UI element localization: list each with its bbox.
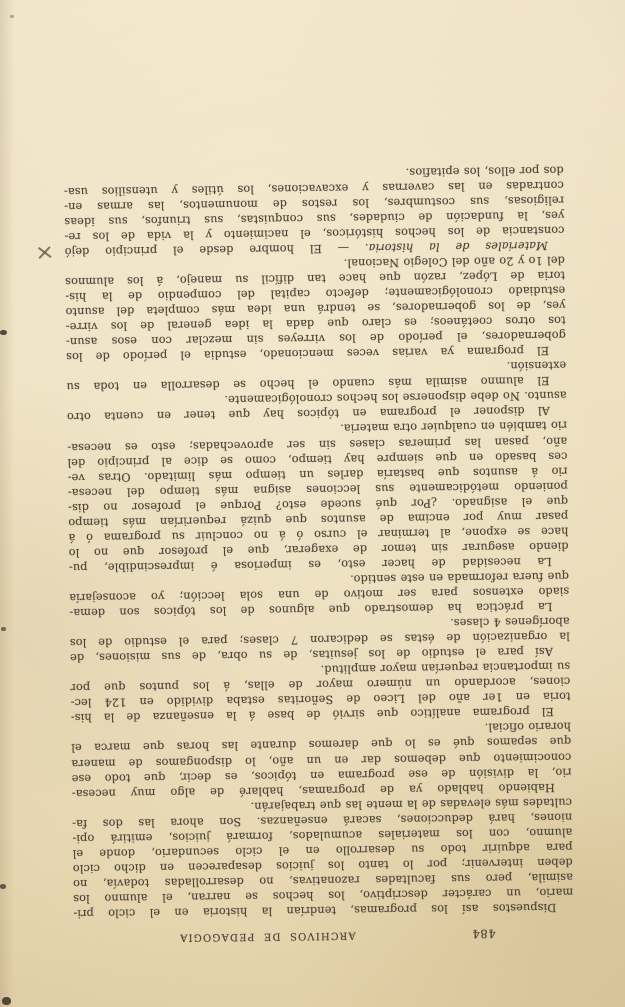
page-body: Dispuestos así los programas, tendrían l… <box>64 162 574 921</box>
journal-title: ARCHIVOS DE PEDAGOGIA <box>179 930 356 943</box>
paper-speck <box>0 884 6 889</box>
scan-edge-shading <box>0 0 14 1007</box>
paper-speck <box>10 15 14 18</box>
scanned-book-page: { "page": { "number": "484", "journal_ti… <box>0 0 625 1007</box>
text-column: 484 ARCHIVOS DE PEDAGOGIA Dispuestos así… <box>64 162 574 946</box>
paper-speck <box>1 627 6 631</box>
paper-speck <box>0 330 7 335</box>
margin-x-mark <box>38 246 52 258</box>
page-number: 484 <box>472 927 496 941</box>
paper-speck <box>2 997 11 1005</box>
rotated-page-sheet: 484 ARCHIVOS DE PEDAGOGIA Dispuestos así… <box>0 0 625 1007</box>
running-header: 484 ARCHIVOS DE PEDAGOGIA <box>74 924 574 947</box>
italic-lead: Materiales de la historia. <box>365 239 548 254</box>
